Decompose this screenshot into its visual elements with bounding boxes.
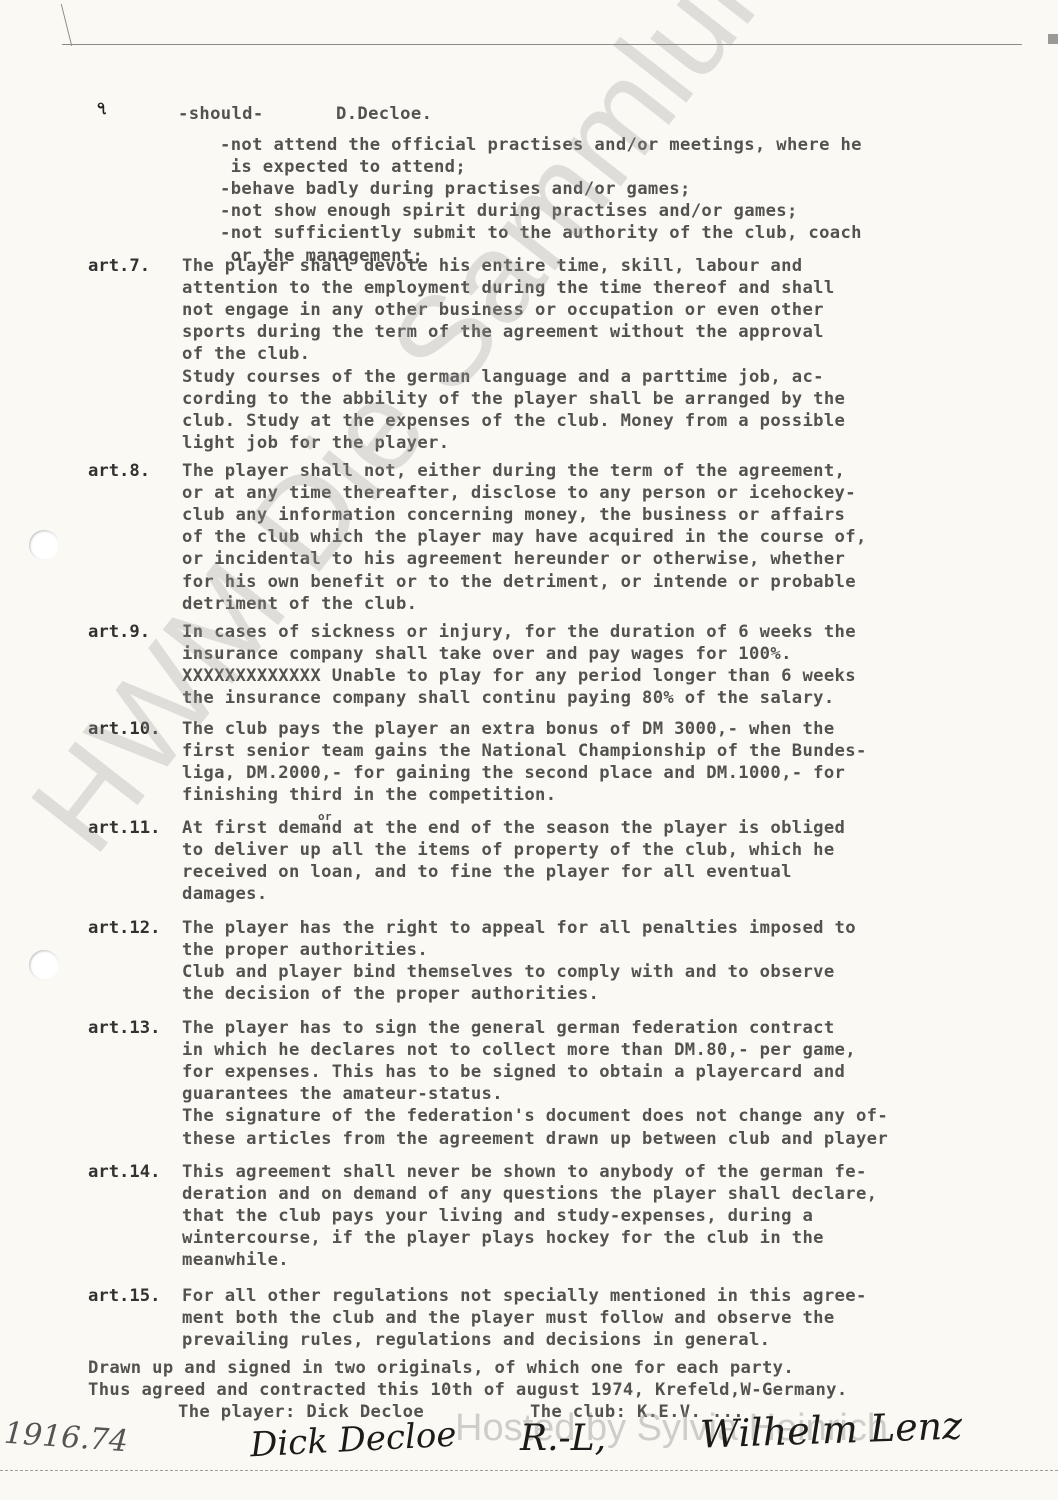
- punch-hole: [29, 950, 59, 980]
- margin-mark: ৭: [96, 94, 108, 125]
- closing-line: Thus agreed and contracted this 10th of …: [88, 1379, 848, 1401]
- article-line: cording to the abbility of the player sh…: [182, 388, 845, 410]
- article-line: insurance company shall take over and pa…: [182, 643, 792, 665]
- article-label: art.8.: [88, 460, 150, 482]
- article-label: art.7.: [88, 255, 150, 277]
- punch-hole: [29, 530, 59, 560]
- article-line: liga, DM.2000,- for gaining the second p…: [182, 762, 845, 784]
- article-line: The player has the right to appeal for a…: [182, 917, 856, 939]
- article-line: ment both the club and the player must f…: [182, 1307, 835, 1329]
- article-line: of the club.: [182, 343, 310, 365]
- article-line: In cases of sickness or injury, for the …: [182, 621, 856, 643]
- article-line: or at any time thereafter, disclose to a…: [182, 482, 856, 504]
- scanned-page: ৭ -should-D.Decloe.-not attend the offic…: [0, 0, 1058, 1500]
- interlinear-correction: or: [318, 806, 332, 828]
- article-line: in which he declares not to collect more…: [182, 1039, 856, 1061]
- header-should: -should-: [178, 103, 264, 125]
- article-line: This agreement shall never be shown to a…: [182, 1161, 867, 1183]
- handwritten-note: 1916.74: [3, 1416, 129, 1460]
- page-edge-mark: [1048, 34, 1058, 44]
- page-fold-corner: [47, 4, 72, 46]
- article-line: finishing third in the competition.: [182, 784, 556, 806]
- article-line: Study courses of the german language and…: [182, 366, 824, 388]
- page-bottom-edge: [0, 1470, 1058, 1471]
- condition-line: -not attend the official practises and/o…: [220, 134, 862, 156]
- article-line: The club pays the player an extra bonus …: [182, 718, 835, 740]
- article-line: wintercourse, if the player plays hockey…: [182, 1227, 824, 1249]
- article-line: damages.: [182, 883, 268, 905]
- article-line: The player has to sign the general germa…: [182, 1017, 835, 1039]
- condition-line: is expected to attend;: [220, 156, 466, 178]
- article-line: that the club pays your living and study…: [182, 1205, 813, 1227]
- article-line: The player shall not, either during the …: [182, 460, 845, 482]
- article-label: art.10.: [88, 718, 160, 740]
- article-line: sports during the term of the agreement …: [182, 321, 824, 343]
- article-line: received on loan, and to fine the player…: [182, 861, 792, 883]
- article-line: the proper authorities.: [182, 939, 428, 961]
- article-line: or incidental to his agreement hereunder…: [182, 548, 845, 570]
- condition-line: -not show enough spirit during practises…: [220, 200, 798, 222]
- article-line: deration and on demand of any questions …: [182, 1183, 877, 1205]
- article-line: guarantees the amateur-status.: [182, 1083, 503, 1105]
- article-line: of the club which the player may have ac…: [182, 526, 867, 548]
- article-label: art.14.: [88, 1161, 160, 1183]
- article-label: art.9.: [88, 621, 150, 643]
- article-line: for his own benefit or to the detriment,…: [182, 571, 856, 593]
- article-line: attention to the employment during the t…: [182, 277, 835, 299]
- article-label: art.12.: [88, 917, 160, 939]
- article-line: club any information concerning money, t…: [182, 504, 845, 526]
- condition-line: -not sufficiently submit to the authorit…: [220, 222, 862, 244]
- article-line: XXXXXXXXXXXXX Unable to play for any per…: [182, 665, 856, 687]
- article-line: At first demand at the end of the season…: [182, 817, 845, 839]
- article-line: For all other regulations not specially …: [182, 1285, 867, 1307]
- article-line: club. Study at the expenses of the club.…: [182, 410, 845, 432]
- club-rep-signature: Wilhelm Lenz: [699, 1403, 963, 1456]
- article-line: these articles from the agreement drawn …: [182, 1128, 888, 1150]
- article-line: The signature of the federation's docume…: [182, 1105, 888, 1127]
- article-line: light job for the player.: [182, 432, 449, 454]
- article-label: art.15.: [88, 1285, 160, 1307]
- article-line: the insurance company shall continu payi…: [182, 687, 835, 709]
- condition-line: -behave badly during practises and/or ga…: [220, 178, 691, 200]
- article-line: to deliver up all the items of property …: [182, 839, 835, 861]
- page-top-edge: [62, 44, 1022, 45]
- article-line: the decision of the proper authorities.: [182, 983, 599, 1005]
- article-line: meanwhile.: [182, 1249, 289, 1271]
- article-line: for expenses. This has to be signed to o…: [182, 1061, 845, 1083]
- article-line: not engage in any other business or occu…: [182, 299, 824, 321]
- article-line: Club and player bind themselves to compl…: [182, 961, 835, 983]
- article-label: art.11.: [88, 817, 160, 839]
- header-name: D.Decloe.: [336, 103, 432, 125]
- club-initials-signature: R.-L,: [520, 1418, 606, 1459]
- article-line: detriment of the club.: [182, 593, 417, 615]
- article-line: first senior team gains the National Cha…: [182, 740, 867, 762]
- closing-line: Drawn up and signed in two originals, of…: [88, 1357, 794, 1379]
- article-line: prevailing rules, regulations and decisi…: [182, 1329, 770, 1351]
- article-line: The player shall devote his entire time,…: [182, 255, 802, 277]
- article-label: art.13.: [88, 1017, 160, 1039]
